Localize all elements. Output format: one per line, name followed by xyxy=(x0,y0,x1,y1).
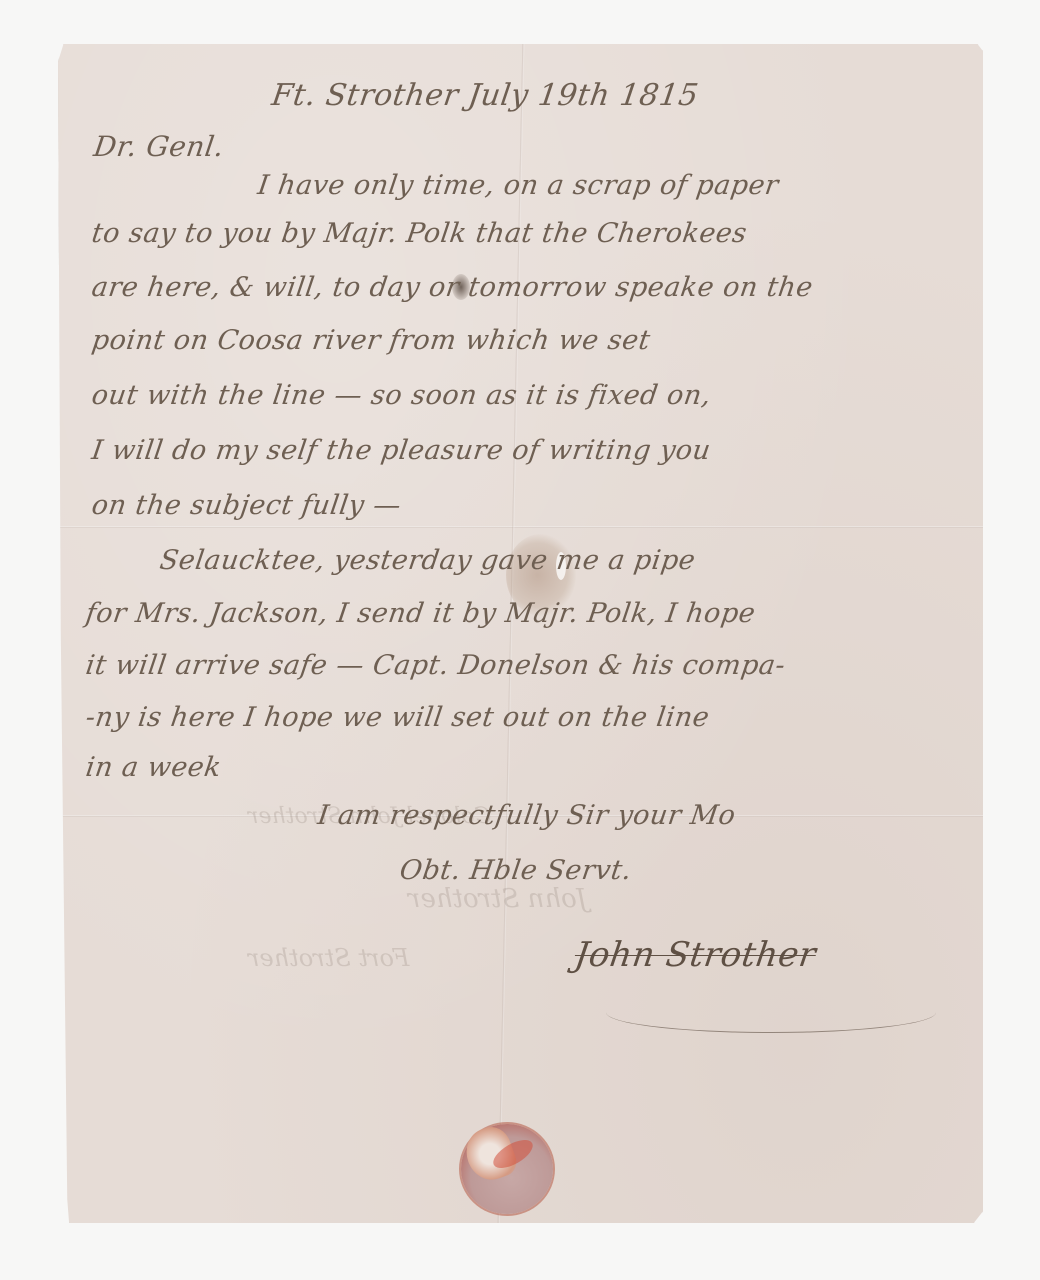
closing-line: I am respectfully Sir your Mo xyxy=(316,800,738,831)
body-line: in a week xyxy=(84,752,224,783)
closing-line: Obt. Hble Servt. xyxy=(398,855,634,886)
letter-heading: Ft. Strother July 19th 1815 xyxy=(270,78,701,113)
signature-flourish xyxy=(606,992,936,1033)
red-wax-seal xyxy=(461,1124,553,1214)
salutation: Dr. Genl. xyxy=(92,130,227,163)
body-line: I have only time, on a scrap of paper xyxy=(256,170,781,201)
bleed-through-text: Fort Strother xyxy=(248,944,409,972)
body-line: Selaucktee, yesterday gave me a pipe xyxy=(158,545,698,576)
horizontal-fold-crease xyxy=(58,526,983,528)
signature: John Strother xyxy=(572,935,818,975)
bleed-through-text: John Strother xyxy=(408,884,587,914)
body-line: to say to you by Majr. Polk that the Che… xyxy=(90,218,749,249)
body-line: point on Coosa river from which we set xyxy=(90,325,652,356)
body-line: out with the line — so soon as it is fix… xyxy=(90,380,713,411)
body-line: are here, & will, to day or tomorrow spe… xyxy=(90,272,815,303)
body-line: it will arrive safe — Capt. Donelson & h… xyxy=(84,650,788,681)
body-line: I will do my self the pleasure of writin… xyxy=(90,435,713,466)
body-line: on the subject fully — xyxy=(90,490,403,521)
body-line: for Mrs. Jackson, I send it by Majr. Pol… xyxy=(84,598,758,629)
body-line: -ny is here I hope we will set out on th… xyxy=(84,702,712,733)
